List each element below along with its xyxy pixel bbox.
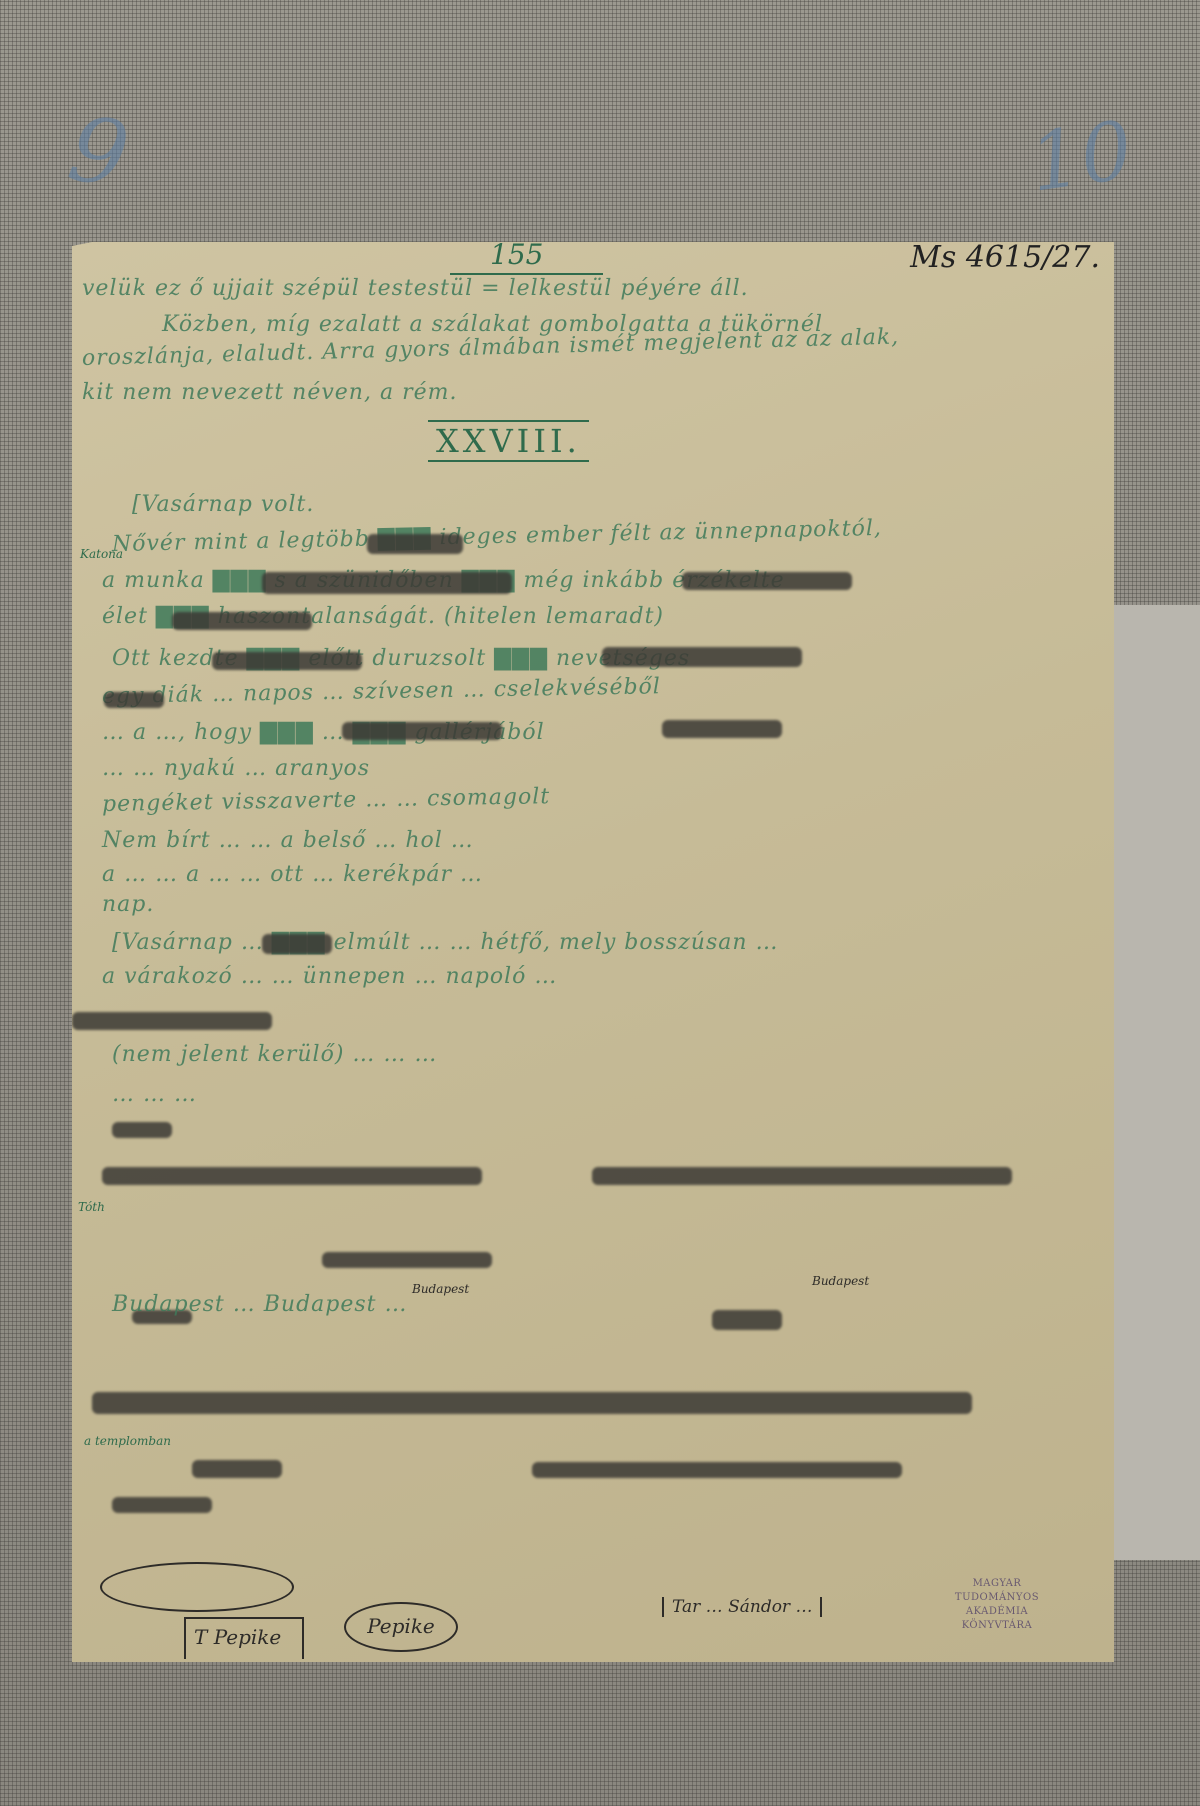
text-line: … … … — [112, 1082, 197, 1107]
redaction — [104, 692, 164, 708]
redaction — [262, 572, 512, 594]
redaction — [592, 1167, 1012, 1185]
redaction — [102, 1167, 482, 1185]
margin-note: a templomban — [84, 1434, 171, 1448]
text-line: a várakozó … … ünnepen … napoló … — [102, 964, 557, 989]
text-line: (nem jelent kerülő) … … … — [112, 1042, 437, 1067]
text-line: egy diák … napos … szívesen … cselekvésé… — [102, 674, 661, 709]
stamp-line: MAGYAR — [922, 1577, 1072, 1591]
text-line: [Vasárnap volt. — [132, 492, 314, 517]
page-number: 155 — [490, 238, 543, 271]
pencil-mark-right: 10 — [1024, 103, 1138, 209]
redaction — [72, 1012, 272, 1030]
redaction — [682, 572, 852, 590]
redaction — [342, 722, 502, 740]
chapter-heading: XXVIII. — [428, 420, 589, 462]
text-line: … … nyakú … aranyos — [102, 756, 370, 781]
redaction — [367, 534, 463, 554]
text-line: Nővér mint a legtöbb ▇▇▇ ideges ember fé… — [112, 516, 882, 557]
margin-note: Katona — [80, 547, 123, 561]
redaction — [172, 612, 312, 630]
text-line: nap. — [102, 892, 154, 917]
redaction — [532, 1462, 902, 1478]
redaction — [262, 934, 332, 954]
redaction — [92, 1392, 972, 1414]
margin-note: Budapest — [812, 1274, 869, 1288]
text-line: Budapest … Budapest … — [112, 1292, 408, 1317]
redaction — [662, 720, 782, 738]
text-line: Nem bírt … … a belső … hol … — [102, 828, 474, 853]
bracketed-note: Tar … Sándor … — [662, 1597, 822, 1617]
backing-sheet — [1112, 605, 1200, 1560]
circled-note: Pepike — [344, 1602, 458, 1652]
text-line: pengéket visszaverte … … csomagolt — [102, 784, 551, 817]
redaction — [712, 1310, 782, 1330]
manuscript-page: 155 Ms 4615/27. velük ez ő ujjait szépül… — [72, 242, 1114, 1662]
redaction — [322, 1252, 492, 1268]
redaction — [212, 652, 362, 670]
text-line: velük ez ő ujjait szépül testestül = lel… — [82, 276, 749, 301]
text-line: kit nem nevezett néven, a rém. — [82, 380, 457, 405]
boxed-note: T Pepike — [184, 1617, 304, 1659]
redaction — [192, 1460, 282, 1478]
library-stamp: MAGYAR TUDOMÁNYOS AKADÉMIA KÖNYVTÁRA — [922, 1577, 1072, 1633]
struck-oval — [100, 1562, 294, 1612]
shelfmark: Ms 4615/27. — [910, 240, 1100, 275]
pencil-mark-left: 9 — [61, 96, 136, 209]
text-line: a … … a … … ott … kerékpár … — [102, 862, 483, 887]
redaction — [602, 647, 802, 667]
margin-note: Tóth — [78, 1200, 105, 1214]
margin-note: Budapest — [412, 1282, 469, 1296]
stamp-line: TUDOMÁNYOS AKADÉMIA — [922, 1591, 1072, 1619]
stamp-line: KÖNYVTÁRA — [922, 1619, 1072, 1633]
text-line: [Vasárnap … ▇▇▇ elmúlt … … hétfő, mely b… — [112, 930, 779, 955]
redaction — [112, 1497, 212, 1513]
redaction — [112, 1122, 172, 1138]
